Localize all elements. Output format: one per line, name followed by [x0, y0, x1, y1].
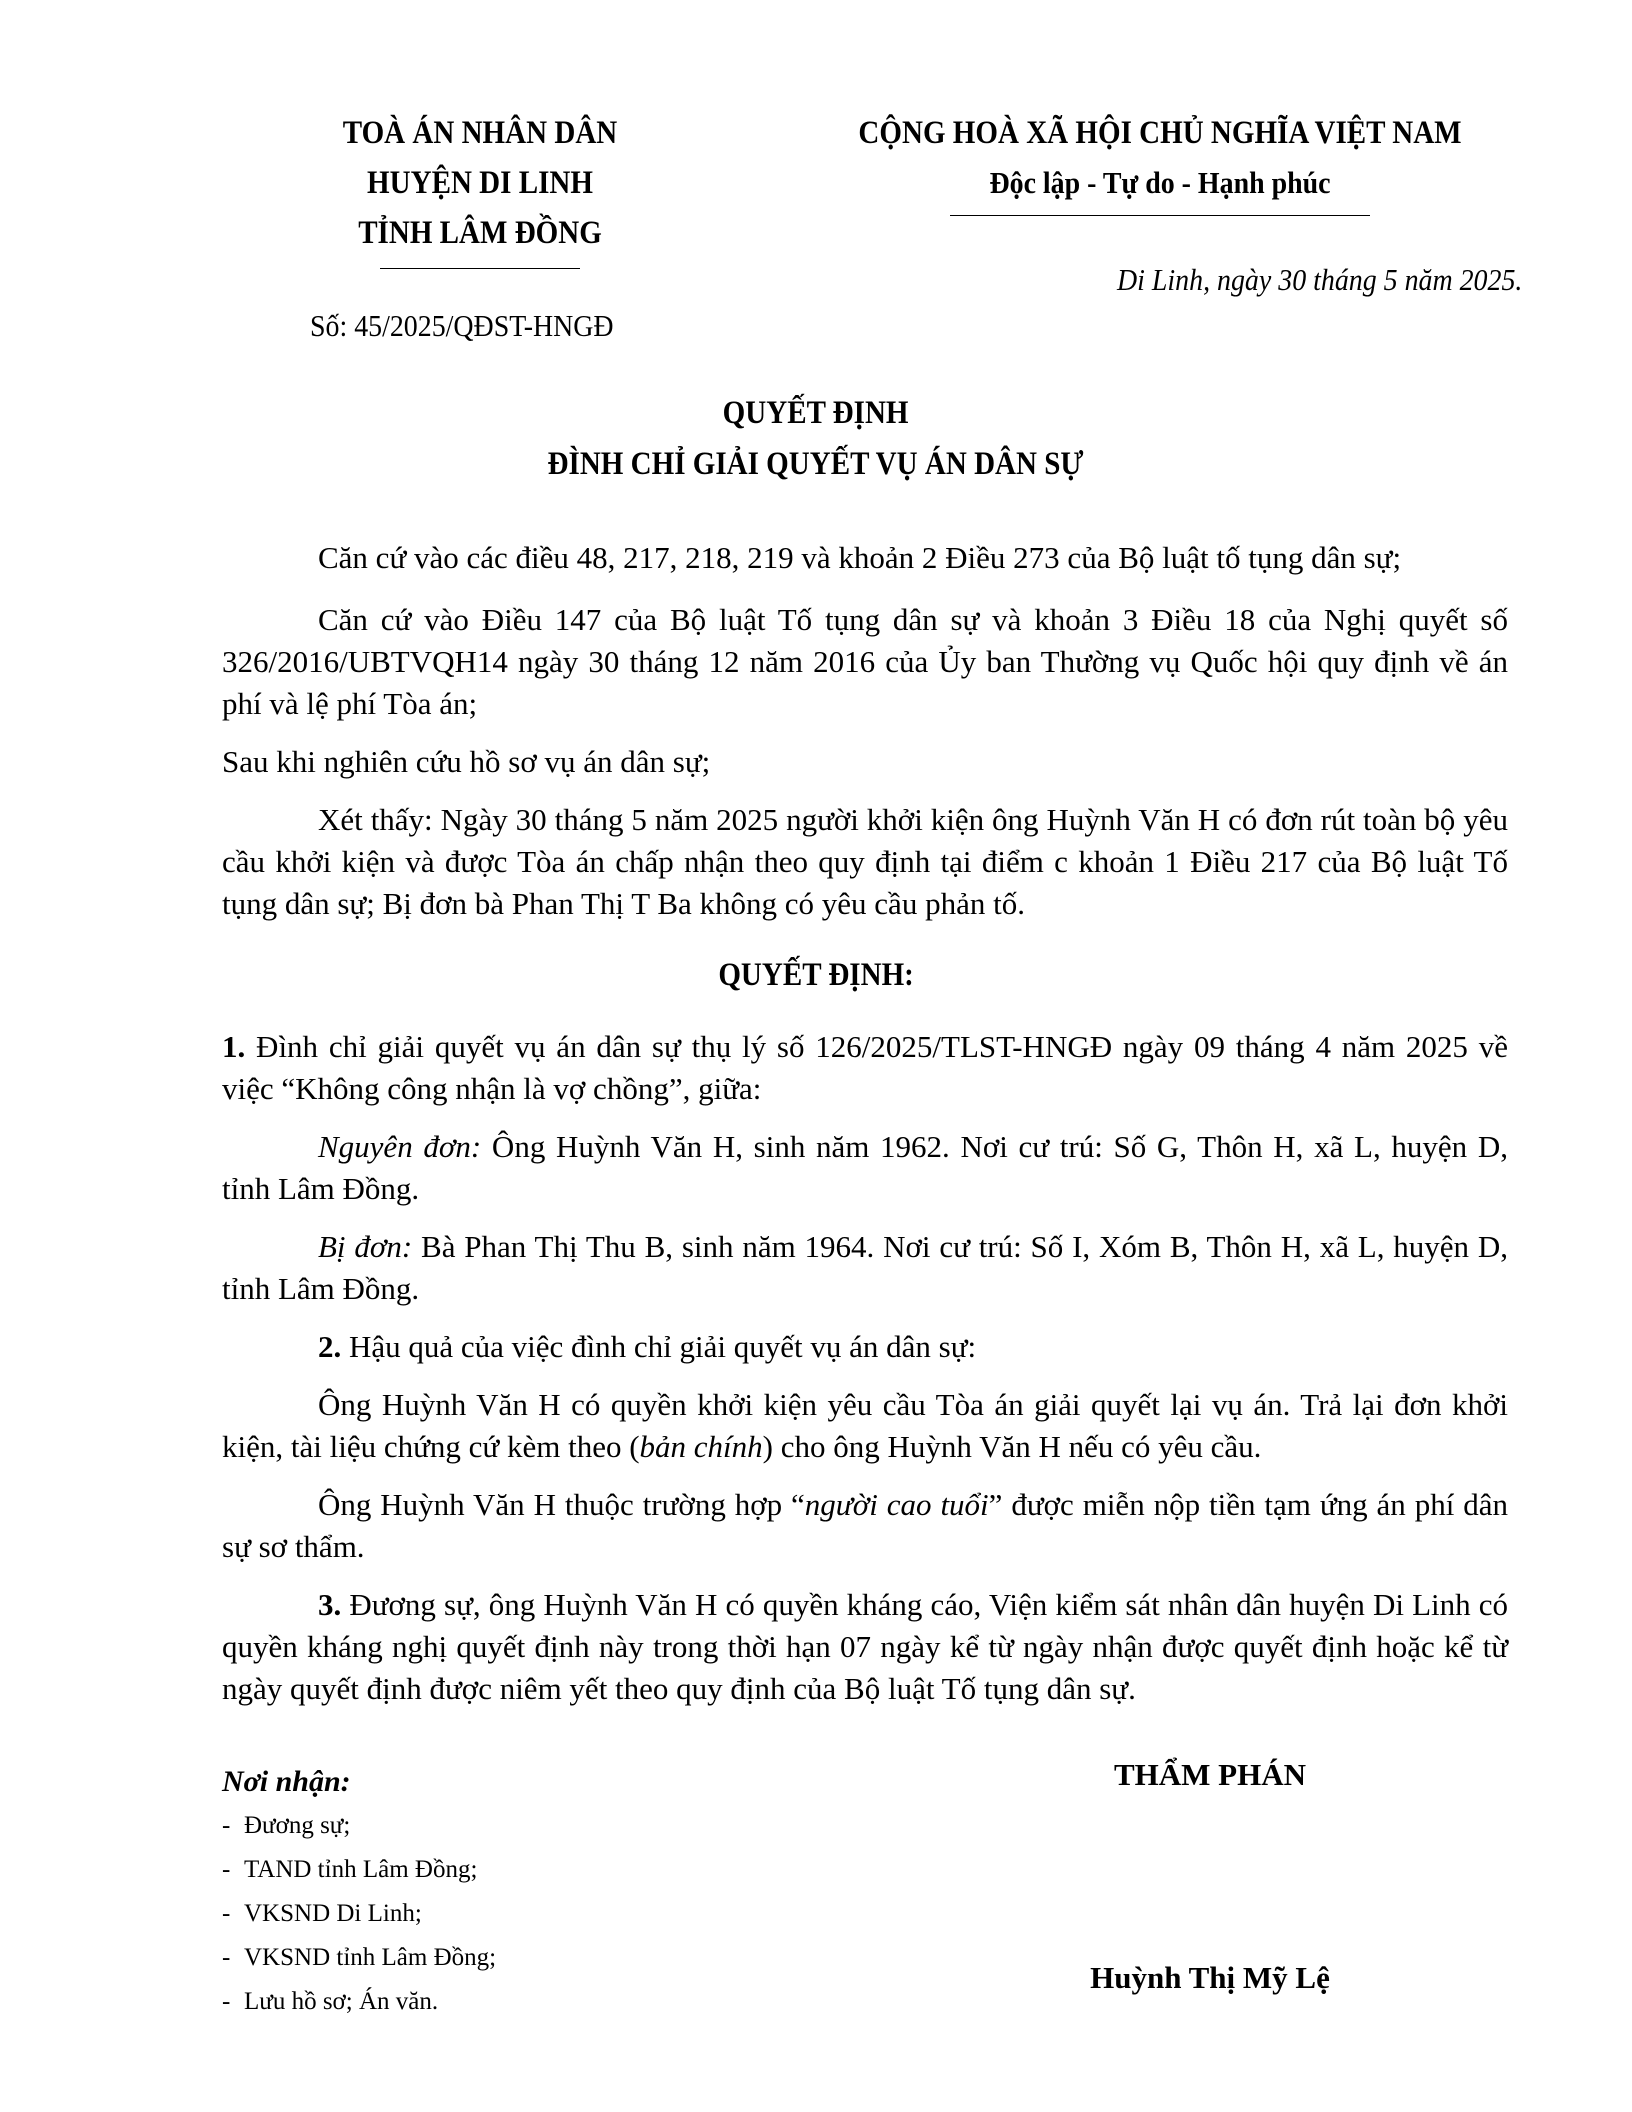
consequence-2: Ông Huỳnh Văn H thuộc trường hợp “người … — [222, 1484, 1508, 1568]
decision-item-1: 1. Đình chỉ giải quyết vụ án dân sự thụ … — [222, 1026, 1508, 1110]
document-subtitle: ĐÌNH CHỈ GIẢI QUYẾT VỤ ÁN DÂN SỰ — [0, 446, 1632, 483]
consequence-1: Ông Huỳnh Văn H có quyền khởi kiện yêu c… — [222, 1384, 1508, 1468]
defendant-info: Bị đơn: Bà Phan Thị Thu B, sinh năm 1964… — [222, 1226, 1508, 1310]
preamble: Căn cứ vào các điều 48, 217, 218, 219 và… — [222, 537, 1508, 925]
plaintiff-info: Nguyên đơn: Ông Huỳnh Văn H, sinh năm 19… — [222, 1126, 1508, 1210]
signer-name: Huỳnh Thị Mỹ Lệ — [960, 1960, 1460, 1996]
findings: Xét thấy: Ngày 30 tháng 5 năm 2025 người… — [222, 799, 1508, 925]
decision-body: 1. Đình chỉ giải quyết vụ án dân sự thụ … — [222, 1026, 1508, 1710]
legal-basis-2: Căn cứ vào Điều 147 của Bộ luật Tố tụng … — [222, 599, 1508, 725]
decision-item-2: 2. Hậu quả của việc đình chỉ giải quyết … — [222, 1326, 1508, 1368]
place-date: Di Linh, ngày 30 tháng 5 năm 2025. — [1117, 262, 1522, 298]
recipient-item: -Đương sự; — [222, 1804, 822, 1848]
document-page: TOÀ ÁN NHÂN DÂN HUYỆN DI LINH TỈNH LÂM Đ… — [0, 0, 1632, 2112]
court-header-divider — [380, 268, 580, 269]
document-title: QUYẾT ĐỊNH — [0, 395, 1632, 432]
national-header: CỘNG HOÀ XÃ HỘI CHỦ NGHĨA VIỆT NAM Độc l… — [740, 108, 1580, 216]
recipient-item: -Lưu hồ sơ; Án văn. — [222, 1980, 822, 2024]
decision-item-3: 3. Đương sự, ông Huỳnh Văn H có quyền kh… — [222, 1584, 1508, 1710]
court-header: TOÀ ÁN NHÂN DÂN HUYỆN DI LINH TỈNH LÂM Đ… — [250, 108, 710, 269]
decision-heading: QUYẾT ĐỊNH: — [0, 957, 1632, 994]
signer-role: THẨM PHÁN — [960, 1757, 1460, 1793]
recipient-item: -VKSND Di Linh; — [222, 1892, 822, 1936]
legal-basis-1: Căn cứ vào các điều 48, 217, 218, 219 và… — [222, 537, 1508, 579]
court-province-line: TỈNH LÂM ĐỒNG — [278, 208, 683, 258]
court-name-line: TOÀ ÁN NHÂN DÂN — [278, 108, 683, 158]
motto-divider — [950, 215, 1370, 216]
nation-name: CỘNG HOÀ XÃ HỘI CHỦ NGHĨA VIỆT NAM — [790, 108, 1529, 158]
national-motto: Độc lập - Tự do - Hạnh phúc — [782, 158, 1538, 208]
review-note: Sau khi nghiên cứu hồ sơ vụ án dân sự; — [222, 741, 1508, 783]
recipients-block: Nơi nhận: -Đương sự; -TAND tỉnh Lâm Đồng… — [222, 1760, 822, 2024]
document-number: Số: 45/2025/QĐST-HNGĐ — [310, 308, 614, 344]
recipient-item: -TAND tỉnh Lâm Đồng; — [222, 1848, 822, 1892]
recipient-item: -VKSND tỉnh Lâm Đồng; — [222, 1936, 822, 1980]
recipients-heading: Nơi nhận: — [222, 1760, 822, 1804]
court-district-line: HUYỆN DI LINH — [278, 158, 683, 208]
